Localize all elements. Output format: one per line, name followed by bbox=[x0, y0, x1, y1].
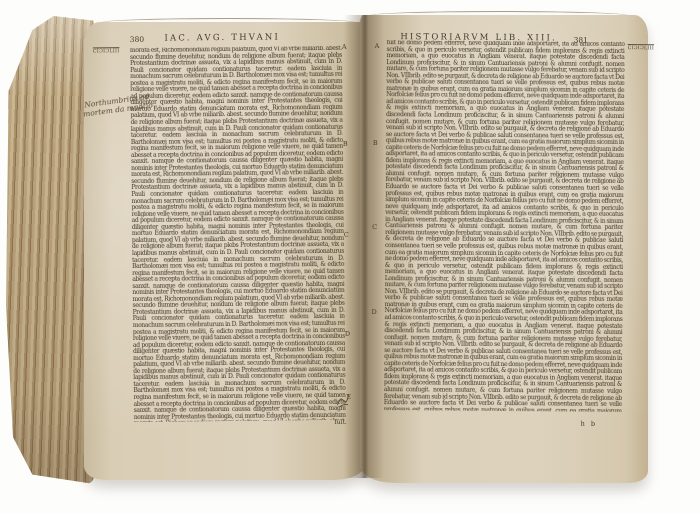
book-photo: 380 IAC. AVG. THVANI CIƆIƆLIII Northumbr… bbox=[0, 0, 700, 514]
body-text-right: fuit ne domo pedem efferret, neve quidqu… bbox=[384, 40, 625, 412]
page-left: 380 IAC. AVG. THVANI CIƆIƆLIII Northumbr… bbox=[84, 22, 365, 480]
fore-edge-page-stack bbox=[6, 16, 94, 484]
catchword: fuit. bbox=[287, 419, 347, 427]
gutter-shadow bbox=[344, 15, 384, 478]
gathering-signature: h b bbox=[581, 420, 597, 428]
body-text-left: morata est, Richomonondiam regium palati… bbox=[130, 46, 346, 422]
margin-year-left: CIƆIƆLIII bbox=[93, 48, 120, 54]
margin-year-right: CIƆIƆLIII bbox=[628, 45, 655, 51]
page-right: HISTORIARVM LIB. XIII. 381 CIƆIƆLIII fui… bbox=[360, 15, 648, 483]
